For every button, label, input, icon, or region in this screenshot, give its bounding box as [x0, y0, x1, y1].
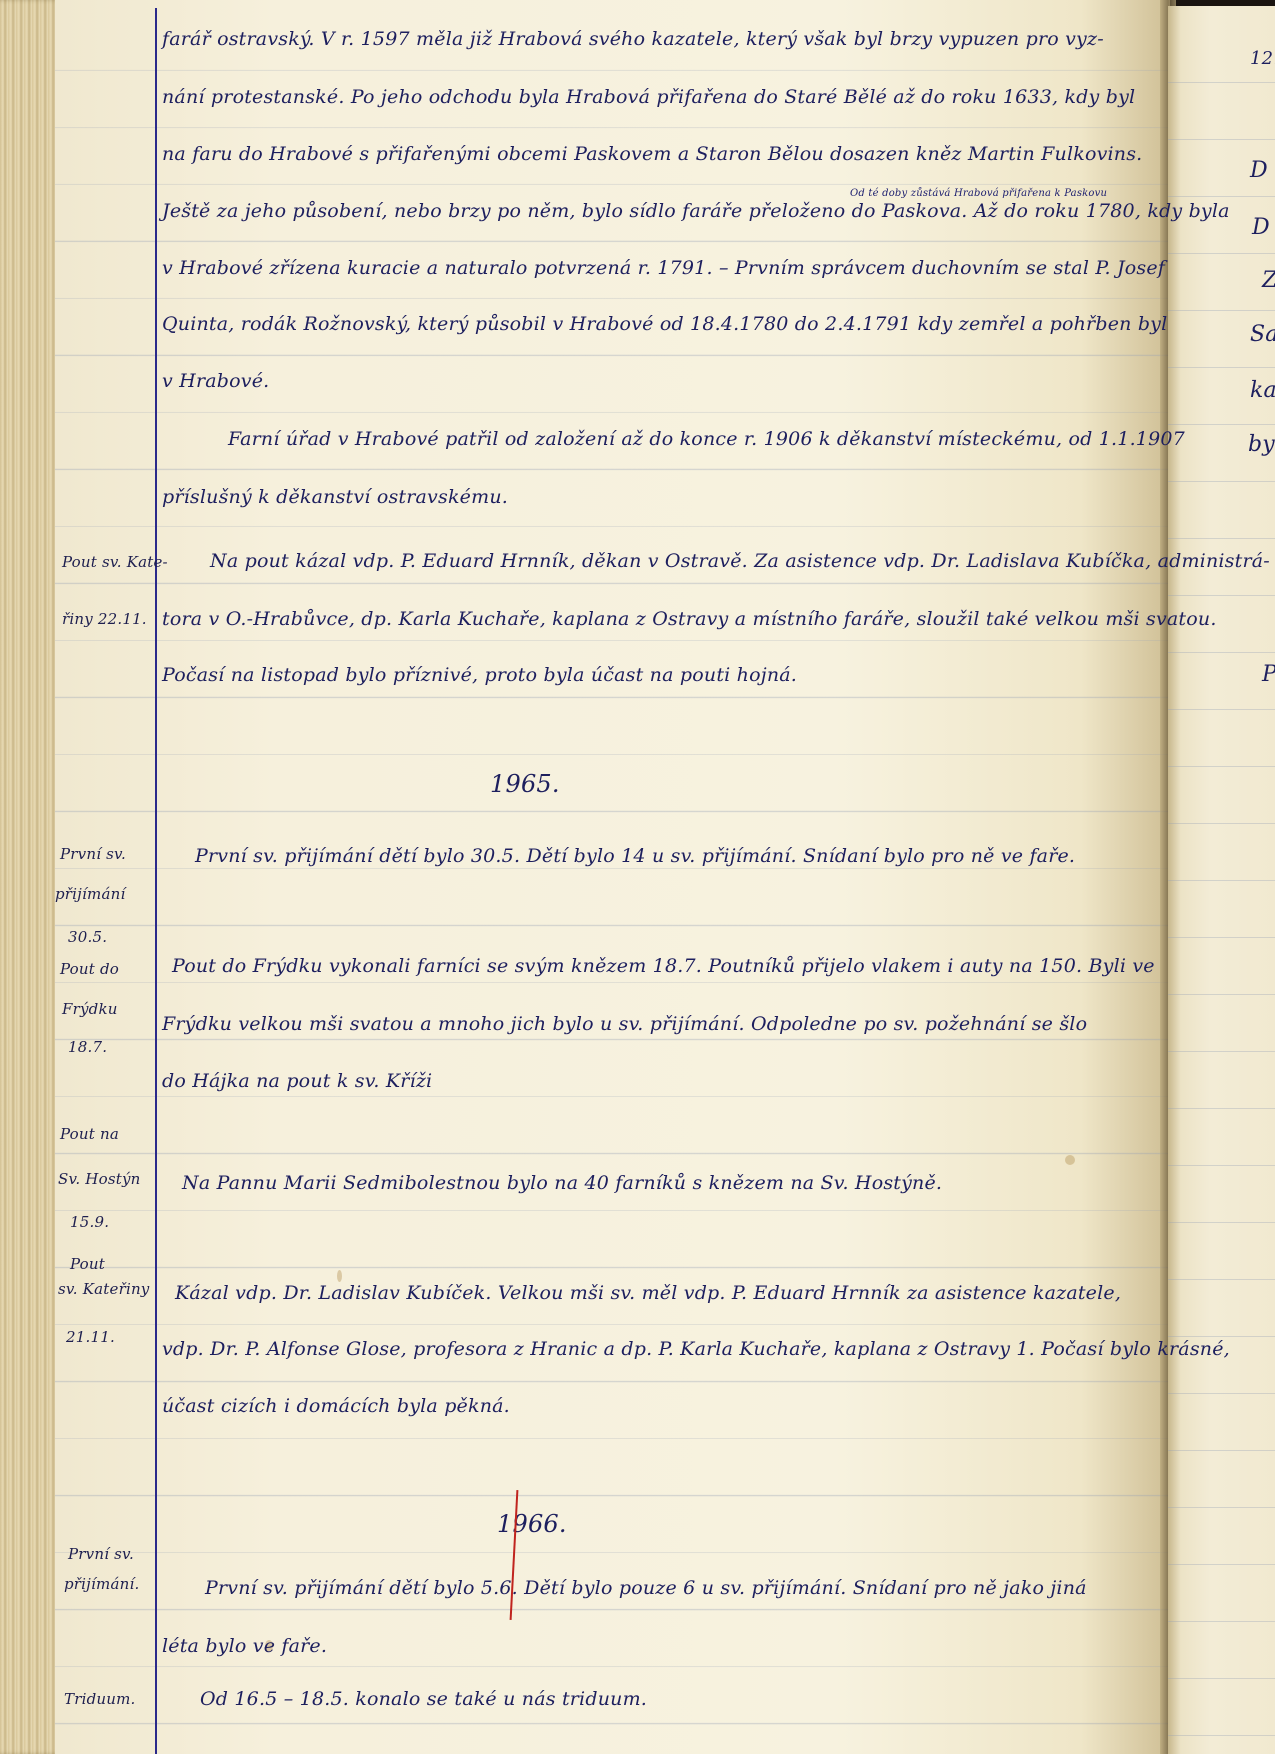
text-line: Na Pannu Marii Sedmibolestnou bylo na 40… [182, 1172, 942, 1194]
text-line: Quinta, rodák Rožnovský, který působil v… [162, 313, 1167, 335]
margin-note: Sv. Hostýn [58, 1170, 140, 1188]
text-line: Ještě za jeho působení, nebo brzy po něm… [162, 200, 1230, 222]
text-fragment: P [1262, 662, 1275, 687]
text-line: příslušný k děkanství ostravskému. [162, 486, 508, 508]
text-line: v Hrabové. [162, 370, 269, 392]
text-line: Od 16.5 – 18.5. konalo se také u nás tri… [200, 1688, 647, 1710]
text-line: na faru do Hrabové s přifařenými obcemi … [162, 143, 1142, 165]
ink-stain [1065, 1155, 1075, 1165]
margin-note: 21.11. [66, 1328, 115, 1346]
book-spread: farář ostravský. V r. 1597 měla již Hrab… [0, 0, 1275, 1754]
text-fragment: Sa [1250, 322, 1275, 347]
margin-note: První sv. [68, 1545, 134, 1563]
margin-note: řiny 22.11. [62, 610, 147, 628]
interlinear-annotation: Od té doby zůstává Hrabová přifařena k P… [850, 188, 1107, 199]
text-line: Pout do Frýdku vykonali farníci se svým … [172, 955, 1155, 977]
margin-note: Pout do [60, 960, 119, 978]
text-line: nání protestanské. Po jeho odchodu byla … [162, 86, 1135, 108]
ink-stain [337, 1270, 342, 1282]
ruled-lines [1168, 6, 1275, 1754]
margin-note: 18.7. [68, 1038, 107, 1056]
margin-note: Pout [70, 1255, 105, 1273]
right-page [1168, 6, 1275, 1754]
text-line: Počasí na listopad bylo příznivé, proto … [162, 664, 797, 686]
text-line: účast cizích i domácích byla pěkná. [162, 1395, 510, 1417]
margin-note: Pout sv. Kate- [62, 553, 168, 571]
text-line: léta bylo ve faře. [162, 1635, 327, 1657]
text-line: Farní úřad v Hrabové patřil od založení … [228, 428, 1185, 450]
text-line: do Hájka na pout k sv. Kříži [162, 1070, 432, 1092]
text-fragment: D [1252, 215, 1270, 240]
text-line: První sv. přijímání dětí bylo 5.6. Dětí … [205, 1577, 1087, 1599]
margin-note: 30.5. [68, 928, 107, 946]
margin-note: 15.9. [70, 1213, 109, 1231]
year-heading: 1966. [497, 1510, 567, 1538]
page-number: 12. [1250, 48, 1275, 69]
text-line: vdp. Dr. P. Alfonse Glose, profesora z H… [162, 1338, 1230, 1360]
text-line: Na pout kázal vdp. P. Eduard Hrnník, děk… [210, 550, 1270, 572]
text-line: Frýdku velkou mši svatou a mnoho jich by… [162, 1013, 1087, 1035]
year-heading: 1965. [490, 770, 560, 798]
margin-note: přijímání. [64, 1575, 139, 1593]
page-edges [0, 0, 60, 1754]
text-line: v Hrabové zřízena kuracie a naturalo pot… [162, 257, 1165, 279]
margin-note: Pout na [60, 1125, 119, 1143]
text-line: První sv. přijímání dětí bylo 30.5. Dětí… [195, 845, 1075, 867]
text-fragment: D [1250, 158, 1268, 183]
text-fragment: byl [1248, 432, 1275, 457]
margin-note: přijímání [55, 885, 125, 903]
margin-note: sv. Kateřiny [58, 1280, 150, 1298]
margin-note: Frýdku [62, 1000, 118, 1018]
margin-line [155, 8, 157, 1754]
text-fragment: ka [1250, 378, 1275, 403]
margin-note: První sv. [60, 845, 126, 863]
margin-note: Triduum. [64, 1690, 136, 1708]
text-line: tora v O.-Hrabůvce, dp. Karla Kuchaře, k… [162, 608, 1217, 630]
text-fragment: Z [1262, 268, 1275, 293]
text-line: Kázal vdp. Dr. Ladislav Kubíček. Velkou … [175, 1282, 1121, 1304]
text-line: farář ostravský. V r. 1597 měla již Hrab… [162, 28, 1104, 50]
